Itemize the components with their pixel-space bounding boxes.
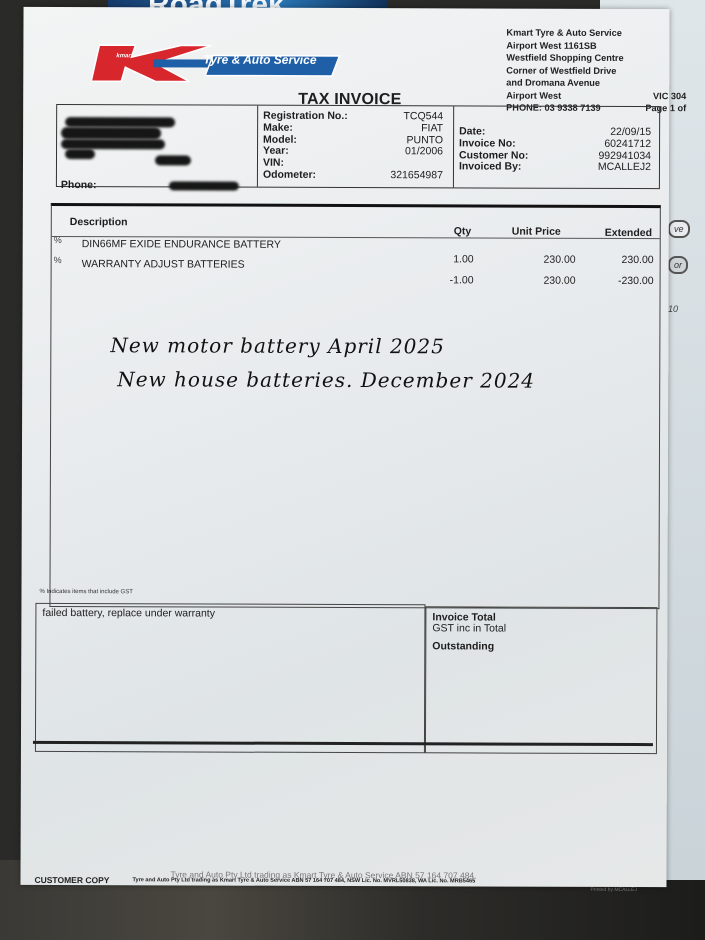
col-qty: Qty [454, 225, 472, 237]
col-unit-price: Unit Price [512, 226, 561, 238]
invoice-meta-field: Invoiced By:MCALLEJ2 [459, 162, 651, 174]
phone-label: Phone: [61, 179, 97, 191]
store-line3: and Dromana Avenue [506, 77, 686, 90]
legal-overprint: Tyre and Auto Pty Ltd trading as Kmart T… [170, 869, 476, 880]
vehicle-field-value: 01/2006 [405, 147, 443, 159]
totals-box: Invoice Total GST inc in Total Outstandi… [425, 606, 658, 754]
vehicle-field-value: FIAT [421, 123, 443, 135]
redaction [65, 149, 95, 159]
store-state: VIC 304 [653, 90, 686, 103]
item-qty: 1.00 [453, 253, 473, 265]
handwritten-note-2: New house batteries. December 2024 [117, 367, 535, 392]
table-header: Description Qty Unit Price Extended [52, 206, 660, 239]
meta-field-value: MCALLEJ2 [598, 162, 651, 174]
invoice-meta-panel: Date:22/09/15Invoice No:60241712Customer… [459, 126, 651, 174]
redaction [65, 117, 175, 127]
vehicle-field-value: 321654987 [390, 170, 443, 182]
vehicle-field: Odometer:321654987 [263, 170, 443, 182]
item-description: WARRANTY ADJUST BATTERIES [82, 258, 245, 271]
meta-field-label: Invoice No: [459, 138, 516, 150]
redaction [61, 127, 161, 139]
vehicle-field: Year:01/2006 [263, 146, 443, 158]
technician: Technician161 [535, 887, 567, 893]
customer-panel: Phone: [57, 105, 258, 187]
notes-text: failed battery, replace under warranty [42, 607, 215, 620]
side-text: 10 [668, 304, 678, 314]
notes-box: failed battery, replace under warranty [35, 603, 426, 753]
item-qty: -1.00 [450, 274, 474, 286]
meta-field-value: 60241712 [604, 139, 651, 151]
side-tab-1: ve [668, 220, 690, 238]
store-line2: Corner of Westfield Drive [506, 64, 686, 77]
handwritten-note-1: New motor battery April 2025 [110, 333, 445, 358]
gst-note: % Indicates items that include GST [39, 589, 132, 595]
item-description: DIN66MF EXIDE ENDURANCE BATTERY [82, 238, 281, 251]
item-extended: -230.00 [618, 275, 654, 287]
item-extended: 230.00 [622, 254, 654, 266]
redaction [169, 181, 239, 190]
store-branch: Airport West 1161SB [506, 39, 686, 52]
outstanding-label: Outstanding [432, 640, 494, 652]
store-name: Kmart Tyre & Auto Service [506, 27, 686, 40]
gst-label: GST inc in Total [432, 622, 506, 634]
service-badge: Tyre & Auto Service [203, 53, 316, 67]
side-tab-2: or [668, 256, 688, 274]
vehicle-field-label: Odometer: [263, 170, 316, 182]
gst-flag: % [54, 255, 62, 265]
redaction [61, 139, 165, 149]
meta-field-label: Invoiced By: [459, 162, 521, 174]
gst-flag: % [54, 235, 62, 245]
vehicle-panel: Registration No.:TCQ544Make:FIATModel:PU… [257, 106, 454, 188]
item-unit-price: 230.00 [543, 275, 575, 287]
item-unit-price: 230.00 [544, 254, 576, 266]
printed-by: Printed by MCALLEJ [590, 887, 636, 893]
invoice-header-box: Phone: Registration No.:TCQ544Make:FIATM… [56, 104, 660, 189]
tax-invoice-document: kmart Tyre & Auto Service Kmart Tyre & A… [20, 7, 669, 887]
store-suburb: Airport West [506, 89, 561, 102]
store-line1: Westfield Shopping Centre [506, 52, 686, 65]
vehicle-field-label: Make: [263, 123, 293, 135]
store-address: Kmart Tyre & Auto Service Airport West 1… [506, 27, 686, 115]
col-description: Description [70, 216, 128, 228]
line-items-table: Description Qty Unit Price Extended % DI… [49, 203, 660, 609]
kmart-wordmark: kmart [116, 53, 132, 59]
customer-copy-label: CUSTOMER COPY [34, 875, 109, 885]
redaction [155, 155, 191, 165]
col-extended: Extended [605, 227, 652, 239]
